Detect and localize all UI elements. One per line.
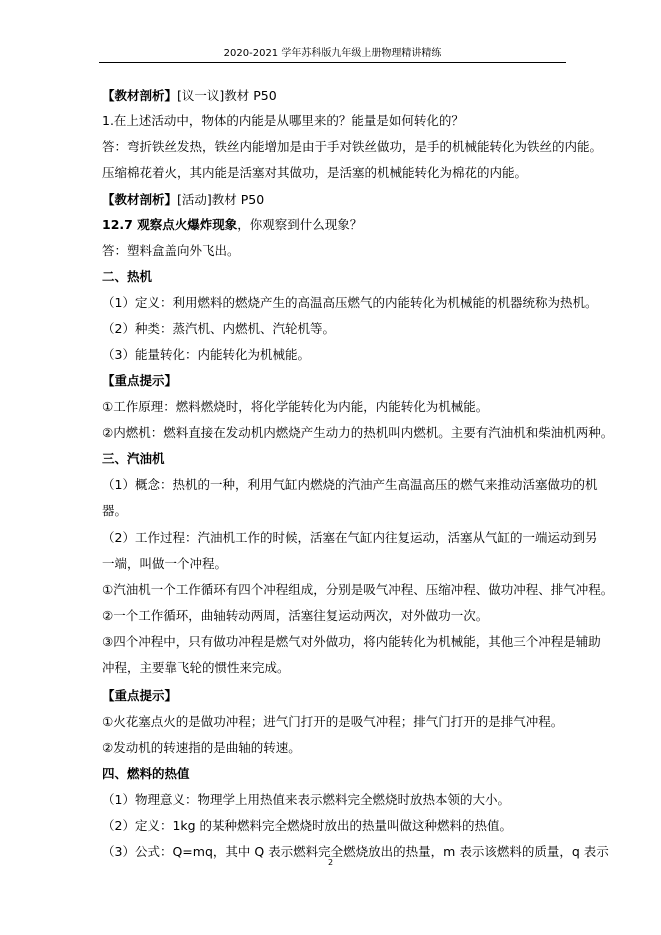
text-line: ①工作原理：燃料燃烧时，将化学能转化为内能，内能转化为机械能。 <box>102 399 488 415</box>
text-line: （2）种类：蒸汽机、内燃机、汽轮机等。 <box>102 321 335 337</box>
text-line: 【教材剖析】[活动]教材 P50 <box>102 192 264 208</box>
line-text: 1.在上述活动中，物体的内能是从哪里来的？能量是如何转化的？ <box>102 113 464 128</box>
text-line: 【重点提示】 <box>102 688 177 704</box>
line-text: （2）定义：1kg 的某种燃料完全燃烧时放出的热量叫做这种燃料的热值。 <box>102 818 512 833</box>
text-line: ③四个冲程中，只有做功冲程是燃气对外做功，将内能转化为机械能，其他三个冲程是辅助 <box>102 634 601 650</box>
line-text: 冲程，主要靠飞轮的惯性来完成。 <box>102 660 290 675</box>
page-number: 2 <box>0 858 661 867</box>
line-text: 答：塑料盒盖向外飞出。 <box>102 243 240 258</box>
text-line: 12.7 观察点火爆炸现象，你观察到什么现象？ <box>102 217 362 233</box>
bold-label: 【重点提示】 <box>102 373 177 388</box>
line-text: 答：弯折铁丝发热，铁丝内能增加是由于手对铁丝做功，是手的机械能转化为铁丝的内能。 <box>102 139 602 154</box>
line-text: 一端，叫做一个冲程。 <box>102 556 227 571</box>
text-line: 三、汽油机 <box>102 451 165 467</box>
line-text: ①汽油机一个工作循环有四个冲程组成，分别是吸气冲程、压缩冲程、做功冲程、排气冲程… <box>102 582 613 597</box>
bold-label: 【教材剖析】 <box>102 192 177 207</box>
text-line: ②一个工作循环，曲轴转动两周，活塞往复运动两次，对外做功一次。 <box>102 608 488 624</box>
text-line: ②发动机的转速指的是曲轴的转速。 <box>102 740 301 756</box>
bold-label: 四、燃料的热值 <box>102 766 190 781</box>
text-line: （2）定义：1kg 的某种燃料完全燃烧时放出的热量叫做这种燃料的热值。 <box>102 818 512 834</box>
line-text: （1）定义：利用燃料的燃烧产生的高温高压燃气的内能转化为机械能的机器统称为热机。 <box>102 295 597 310</box>
line-text: （2）种类：蒸汽机、内燃机、汽轮机等。 <box>102 321 335 336</box>
line-text: ③四个冲程中，只有做功冲程是燃气对外做功，将内能转化为机械能，其他三个冲程是辅助 <box>102 634 601 649</box>
line-text: ，你观察到什么现象？ <box>237 217 362 232</box>
bold-label: 12.7 观察点火爆炸现象 <box>102 217 237 232</box>
line-text: ①工作原理：燃料燃烧时，将化学能转化为内能，内能转化为机械能。 <box>102 399 488 414</box>
line-text: （3）公式：Q=mq，其中 Q 表示燃料完全燃烧放出的热量，m 表示该燃料的质量… <box>102 844 609 859</box>
text-line: 冲程，主要靠飞轮的惯性来完成。 <box>102 660 290 676</box>
text-line: （2）工作过程：汽油机工作的时候，活塞在气缸内往复运动，活塞从气缸的一端运动到另 <box>102 530 597 546</box>
line-text: （3）能量转化：内能转化为机械能。 <box>102 347 310 362</box>
text-line: （1）概念：热机的一种，利用气缸内燃烧的汽油产生高温高压的燃气来推动活塞做功的机 <box>102 477 597 493</box>
text-line: 【重点提示】 <box>102 373 177 389</box>
bold-label: 二、热机 <box>102 269 152 284</box>
text-line: 压缩棉花着火，其内能是活塞对其做功，是活塞的机械能转化为棉花的内能。 <box>102 165 527 181</box>
text-line: 答：弯折铁丝发热，铁丝内能增加是由于手对铁丝做功，是手的机械能转化为铁丝的内能。 <box>102 139 602 155</box>
line-text: ②内燃机：燃料直接在发动机内燃烧产生动力的热机叫内燃机。主要有汽油机和柴油机两种… <box>102 425 613 440</box>
line-text: （2）工作过程：汽油机工作的时候，活塞在气缸内往复运动，活塞从气缸的一端运动到另 <box>102 530 597 545</box>
text-line: 一端，叫做一个冲程。 <box>102 556 227 572</box>
line-text: （1）概念：热机的一种，利用气缸内燃烧的汽油产生高温高压的燃气来推动活塞做功的机 <box>102 477 597 492</box>
bold-label: 【重点提示】 <box>102 688 177 703</box>
bold-label: 【教材剖析】 <box>102 88 177 103</box>
text-line: ①火花塞点火的是做功冲程；进气门打开的是吸气冲程；排气门打开的是排气冲程。 <box>102 714 563 730</box>
text-line: 【教材剖析】[议一议]教材 P50 <box>102 88 277 104</box>
line-text: （1）物理意义：物理学上用热值来表示燃料完全燃烧时放热本领的大小。 <box>102 792 510 807</box>
text-line: （1）定义：利用燃料的燃烧产生的高温高压燃气的内能转化为机械能的机器统称为热机。 <box>102 295 597 311</box>
text-line: 四、燃料的热值 <box>102 766 190 782</box>
text-line: （1）物理意义：物理学上用热值来表示燃料完全燃烧时放热本领的大小。 <box>102 792 510 808</box>
line-text: [议一议]教材 P50 <box>177 88 277 103</box>
text-line: 二、热机 <box>102 269 152 285</box>
text-line: （3）能量转化：内能转化为机械能。 <box>102 347 310 363</box>
text-line: 答：塑料盒盖向外飞出。 <box>102 243 240 259</box>
line-text: ②发动机的转速指的是曲轴的转速。 <box>102 740 301 755</box>
text-line: 1.在上述活动中，物体的内能是从哪里来的？能量是如何转化的？ <box>102 113 464 129</box>
text-line: ①汽油机一个工作循环有四个冲程组成，分别是吸气冲程、压缩冲程、做功冲程、排气冲程… <box>102 582 613 598</box>
line-text: 器。 <box>102 503 127 518</box>
text-line: 器。 <box>102 503 127 519</box>
line-text: 压缩棉花着火，其内能是活塞对其做功，是活塞的机械能转化为棉花的内能。 <box>102 165 527 180</box>
bold-label: 三、汽油机 <box>102 451 165 466</box>
line-text: ①火花塞点火的是做功冲程；进气门打开的是吸气冲程；排气门打开的是排气冲程。 <box>102 714 563 729</box>
line-text: ②一个工作循环，曲轴转动两周，活塞往复运动两次，对外做功一次。 <box>102 608 488 623</box>
line-text: [活动]教材 P50 <box>177 192 264 207</box>
text-line: ②内燃机：燃料直接在发动机内燃烧产生动力的热机叫内燃机。主要有汽油机和柴油机两种… <box>102 425 613 441</box>
page-header: 2020-2021 学年苏科版九年级上册物理精讲精练 <box>99 48 566 60</box>
header-divider <box>99 62 566 63</box>
